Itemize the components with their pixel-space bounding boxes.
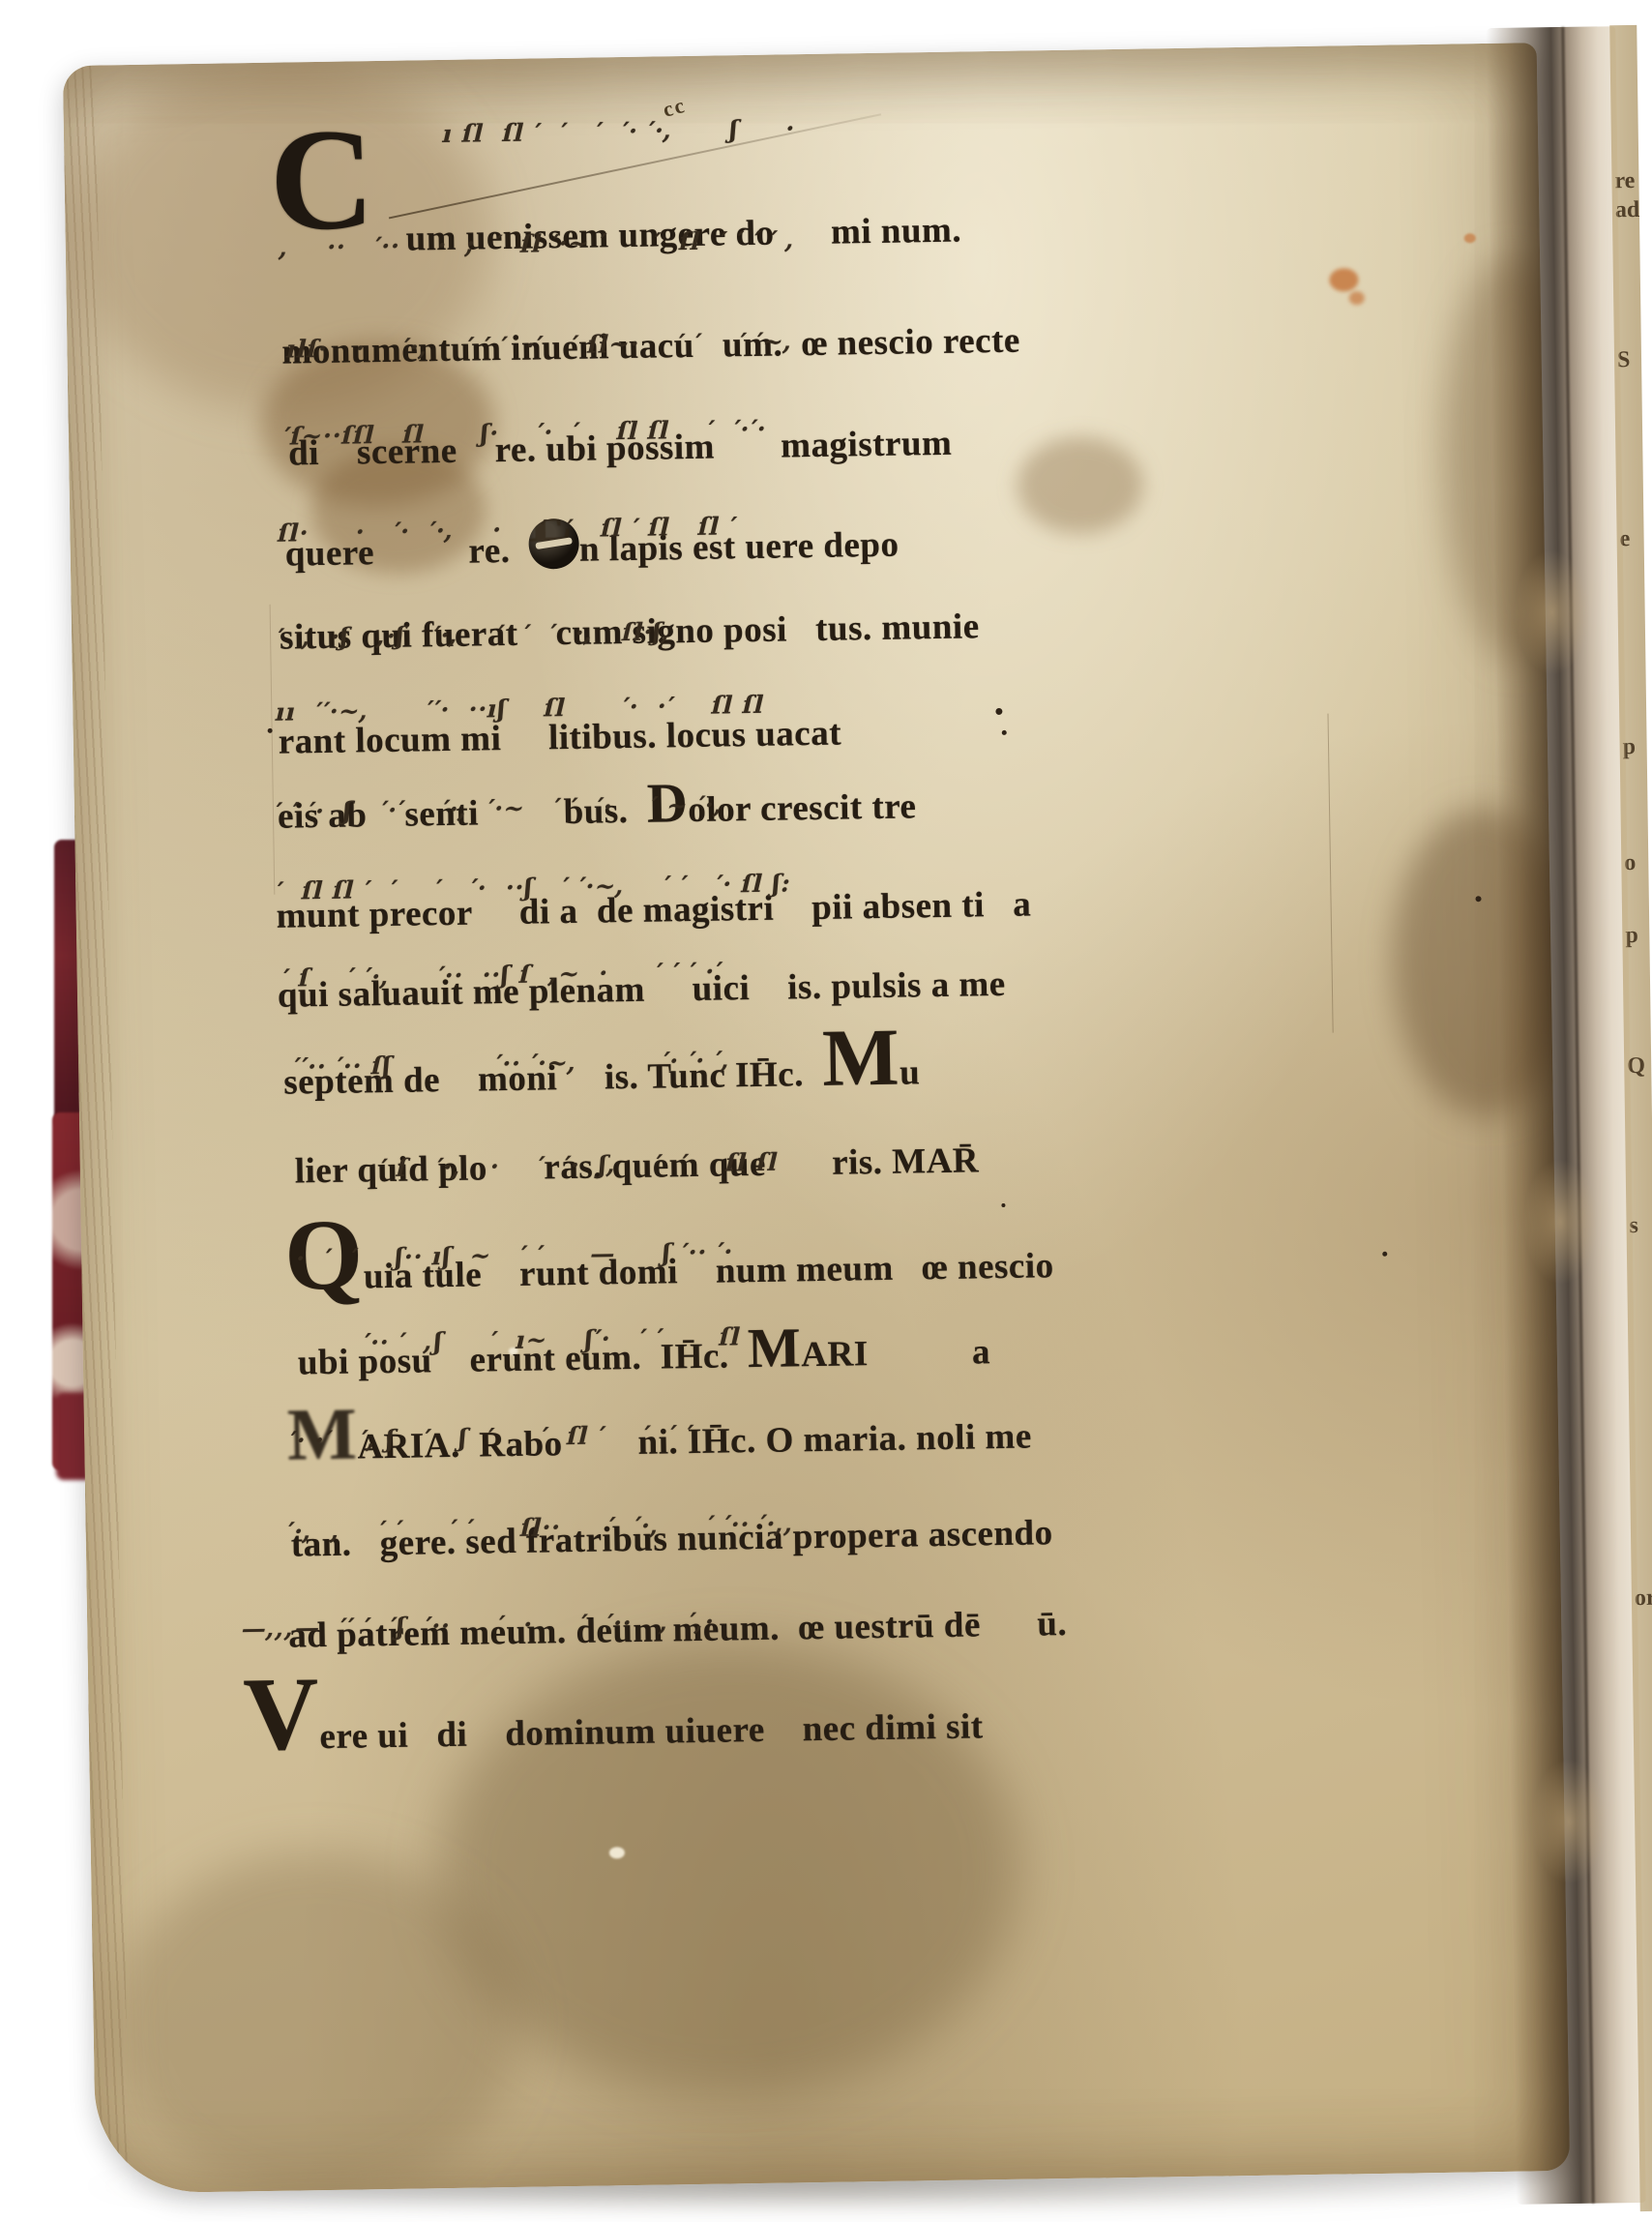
wormhole: [1382, 1252, 1387, 1257]
manuscript-photo: C cc ı ſl ſl ′ ′ ′ ′· ′·, ʃ · um uenisse…: [0, 0, 1652, 2222]
neume-row: ′ ſ ′·, · ′ ′· ʃ, ′ ′ ſl ſl: [377, 1150, 782, 1181]
ink-spot-orange: [1464, 233, 1476, 243]
neume-row: ı ſl ſl ′ ′ ′ ′· ′·, ʃ ·: [440, 116, 798, 146]
margin-fragment: ad: [1615, 198, 1640, 222]
lyric-segment: u: [900, 1052, 921, 1092]
lyric-text: Vere ui di dominum uiuere nec dimi sit: [244, 1704, 984, 1758]
neume-row: ıı ′′·~, ′′· ··ıʃ ſl ′· ·′ ſl ſl: [273, 693, 767, 725]
sewing-support-ridge: [1514, 549, 1591, 676]
neume-row: —,,,— ′′ ′ ′ʃ ′·· ′ · ′ ′·· , ′,·: [239, 1610, 717, 1642]
wormhole: [1002, 730, 1007, 735]
ink-spot-orange: [1329, 268, 1358, 291]
wormhole: [995, 708, 1002, 715]
ink-spot-orange: [1349, 291, 1365, 305]
neume-row: ′·· ′ ,ʃ ′ ı~ ʃ′· ′ ′ ſl: [361, 1324, 744, 1354]
sewing-support-ridge: [1531, 1758, 1608, 1884]
ruling-line: [1327, 714, 1333, 1033]
neume-row: ′ ′ ′· ʃ ′·′ ′·, ′·~ ′ ′ ′· ′ ~ ′·,: [272, 792, 726, 823]
parchment-page: C cc ı ſl ſl ′ ′ ′ ′· ′·, ʃ · um uenisse…: [63, 43, 1570, 2194]
neume-row: · ′ ′ ʃ·· ıʃ ~ ′ ′ — ʃ ′·· ′·: [293, 1239, 736, 1270]
wormhole: [1475, 896, 1481, 902]
chant-line-17: —,,,— ′′ ′ ′ʃ ′·· ′ · ′ ′·· , ′,· Vere u…: [243, 1651, 985, 1792]
neume-row: ′′·· ′·· ſʃ ′·· ′·~, ′· ′· ′,: [290, 1048, 734, 1079]
wormhole: [268, 728, 273, 733]
neume-row: ′ , ·ʃ ,·ʃ ′·, ′ ′ ′ ·, ſl·ʃ,: [274, 619, 674, 650]
dropcap-initial-C: C: [269, 121, 375, 239]
inline-initial-M: M: [821, 1013, 900, 1104]
lyric-segment: mi num.: [774, 211, 961, 253]
neume-row: ſl· · ′· ′·, · ′ ′ ſl ′ ſl ſl ′: [276, 514, 740, 546]
neume-row: ′ ſ ′ ′·, ′·· ··ʃ ſ ,~ · ′ ′ ′ ·′: [280, 959, 725, 990]
stain: [1017, 436, 1144, 535]
dropcap-initial-V: V: [243, 1656, 320, 1772]
sewing-support-ridge: [1522, 1159, 1600, 1286]
neume-row: ′ſ~··ſſl ſl ʃ· ′· ′ ſl ſl ′ ′·′·: [280, 417, 770, 449]
lyric-segment: ere ui di dominum uiuere nec dimi sit: [319, 1706, 984, 1757]
neume-row: ′· ·′ ′, ʃ ′ ʃ ′ ′ ſl ′ ′ ′ ′: [286, 1422, 695, 1453]
